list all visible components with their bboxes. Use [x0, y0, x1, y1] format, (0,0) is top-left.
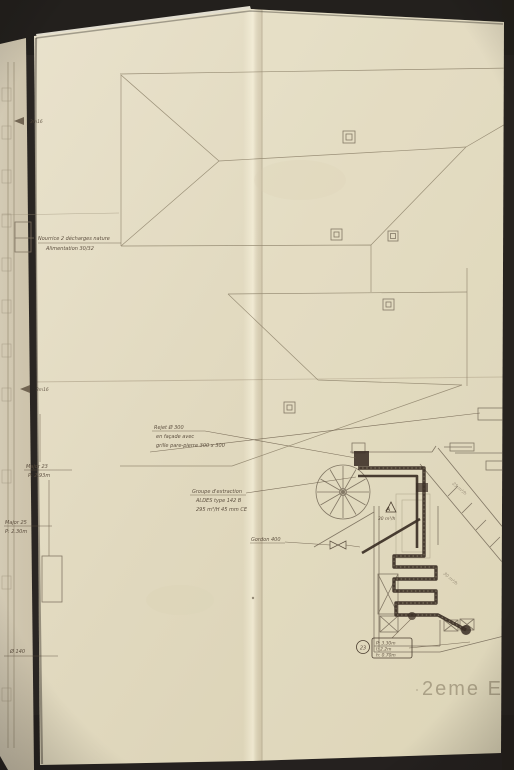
plan-drawing: A 30 m³/h Nourrice 2 décharges nature Al… [0, 0, 514, 770]
scan-vignette [0, 0, 514, 770]
scanned-plan-page: A 30 m³/h Nourrice 2 décharges nature Al… [0, 0, 514, 770]
